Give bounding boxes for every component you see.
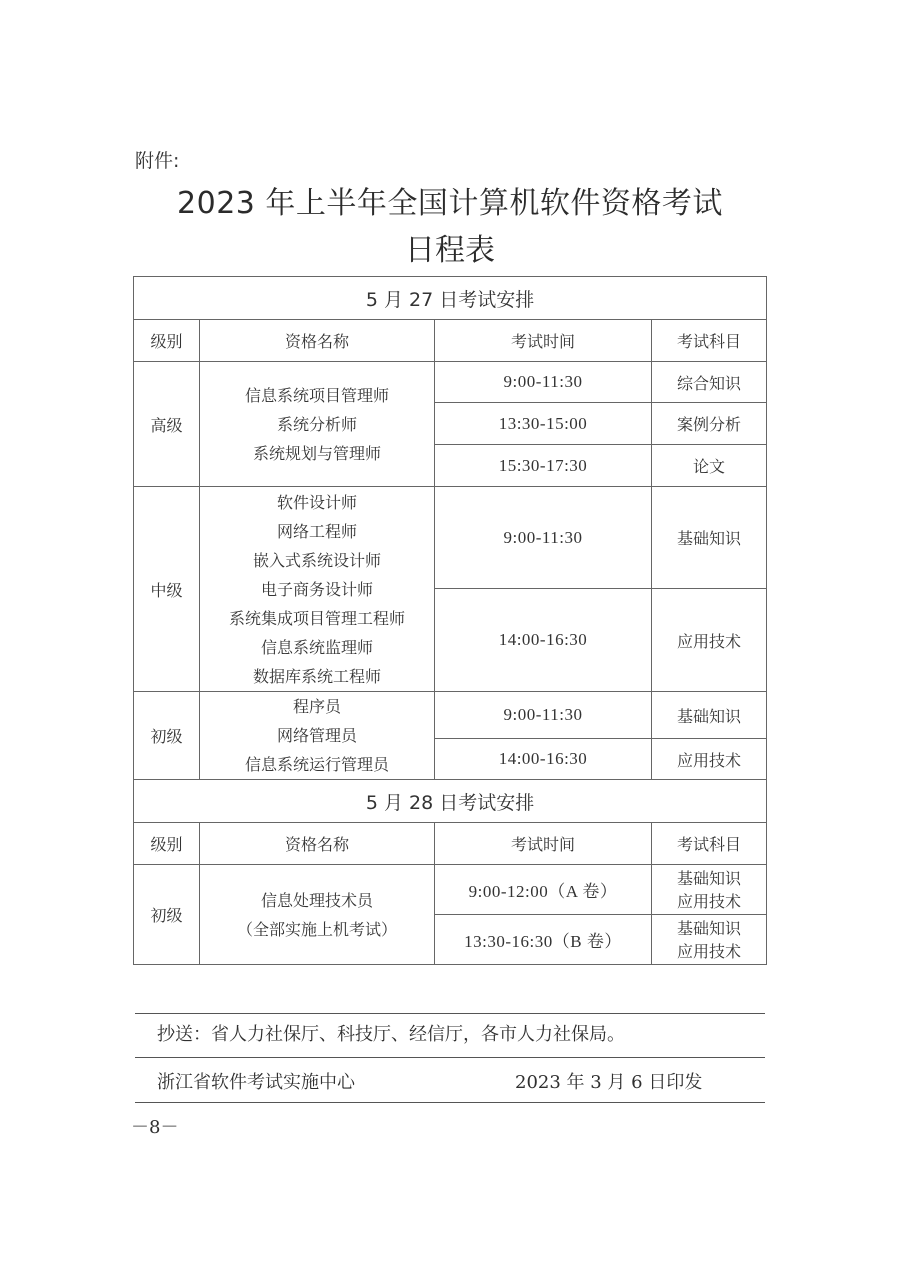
table-row: 高级 信息系统项目管理师 系统分析师 系统规划与管理师 9:00-11:30 综…	[134, 362, 767, 403]
level-cell: 高级	[134, 362, 200, 487]
col-level-header: 级别	[134, 320, 200, 362]
day2-heading: 5 月 28 日考试安排	[134, 780, 767, 823]
qualification-name: 数据库系统工程师	[200, 662, 434, 691]
time-cell: 13:30-15:00	[435, 403, 652, 445]
qualification-note: （全部实施上机考试）	[200, 915, 434, 944]
qualification-name: 电子商务设计师	[200, 575, 434, 604]
col-time-header: 考试时间	[435, 823, 652, 865]
subject-name: 基础知识	[652, 917, 766, 940]
qualification-name: 信息系统监理师	[200, 633, 434, 662]
col-level-header: 级别	[134, 823, 200, 865]
qualification-name: 程序员	[200, 692, 434, 721]
exam-schedule-table: 5 月 27 日考试安排 级别 资格名称 考试时间 考试科目 高级 信息系统项目…	[133, 276, 767, 965]
time-cell: 13:30-16:30（B 卷）	[435, 915, 652, 965]
divider	[135, 1102, 765, 1103]
col-time-header: 考试时间	[435, 320, 652, 362]
subject-cell: 基础知识	[652, 692, 767, 739]
day1-header-row: 级别 资格名称 考试时间 考试科目	[134, 320, 767, 362]
issuer: 浙江省软件考试实施中心	[157, 1068, 355, 1094]
time-cell: 14:00-16:30	[435, 589, 652, 692]
col-qualification-header: 资格名称	[200, 823, 435, 865]
subject-name: 基础知识	[652, 867, 766, 890]
divider	[135, 1057, 765, 1058]
qualification-name: 信息系统项目管理师	[200, 381, 434, 410]
cc-line: 抄送：省人力社保厅、科技厅、经信厅，各市人力社保局。	[157, 1020, 625, 1046]
subject-cell: 应用技术	[652, 589, 767, 692]
issue-date: 2023 年 3 月 6 日印发	[515, 1068, 702, 1094]
subject-cell: 基础知识 应用技术	[652, 915, 767, 965]
document-subtitle: 日程表	[0, 225, 900, 269]
qualification-cell: 信息处理技术员 （全部实施上机考试）	[200, 865, 435, 965]
subject-cell: 案例分析	[652, 403, 767, 445]
day2-header-row: 级别 资格名称 考试时间 考试科目	[134, 823, 767, 865]
time-cell: 9:00-11:30	[435, 362, 652, 403]
subject-cell: 基础知识 应用技术	[652, 865, 767, 915]
time-cell: 9:00-11:30	[435, 487, 652, 589]
subject-cell: 综合知识	[652, 362, 767, 403]
day1-section-row: 5 月 27 日考试安排	[134, 277, 767, 320]
qualification-name: 系统集成项目管理工程师	[200, 604, 434, 633]
time-cell: 15:30-17:30	[435, 445, 652, 487]
qualification-name: 网络管理员	[200, 721, 434, 750]
document-title: 2023 年上半年全国计算机软件资格考试	[0, 178, 900, 222]
time-cell: 9:00-11:30	[435, 692, 652, 739]
qualification-cell: 信息系统项目管理师 系统分析师 系统规划与管理师	[200, 362, 435, 487]
level-cell: 初级	[134, 865, 200, 965]
qualification-name: 网络工程师	[200, 517, 434, 546]
col-subject-header: 考试科目	[652, 823, 767, 865]
table-row: 初级 程序员 网络管理员 信息系统运行管理员 9:00-11:30 基础知识	[134, 692, 767, 739]
table-row: 初级 信息处理技术员 （全部实施上机考试） 9:00-12:00（A 卷） 基础…	[134, 865, 767, 915]
qualification-name: 信息系统运行管理员	[200, 750, 434, 779]
subject-name: 应用技术	[652, 940, 766, 963]
qualification-cell: 软件设计师 网络工程师 嵌入式系统设计师 电子商务设计师 系统集成项目管理工程师…	[200, 487, 435, 692]
subject-name: 应用技术	[652, 890, 766, 913]
time-cell: 9:00-12:00（A 卷）	[435, 865, 652, 915]
level-cell: 初级	[134, 692, 200, 780]
page-number: －8－	[131, 1113, 178, 1139]
qualification-name: 嵌入式系统设计师	[200, 546, 434, 575]
qualification-name: 系统分析师	[200, 410, 434, 439]
subject-cell: 应用技术	[652, 739, 767, 780]
qualification-name: 信息处理技术员	[200, 886, 434, 915]
day1-heading: 5 月 27 日考试安排	[134, 277, 767, 320]
day2-section-row: 5 月 28 日考试安排	[134, 780, 767, 823]
subject-cell: 基础知识	[652, 487, 767, 589]
time-cell: 14:00-16:30	[435, 739, 652, 780]
col-qualification-header: 资格名称	[200, 320, 435, 362]
col-subject-header: 考试科目	[652, 320, 767, 362]
divider	[135, 1013, 765, 1014]
subject-cell: 论文	[652, 445, 767, 487]
table-row: 中级 软件设计师 网络工程师 嵌入式系统设计师 电子商务设计师 系统集成项目管理…	[134, 487, 767, 589]
qualification-name: 系统规划与管理师	[200, 439, 434, 468]
qualification-name: 软件设计师	[200, 488, 434, 517]
attachment-label: 附件:	[135, 146, 179, 173]
level-cell: 中级	[134, 487, 200, 692]
qualification-cell: 程序员 网络管理员 信息系统运行管理员	[200, 692, 435, 780]
